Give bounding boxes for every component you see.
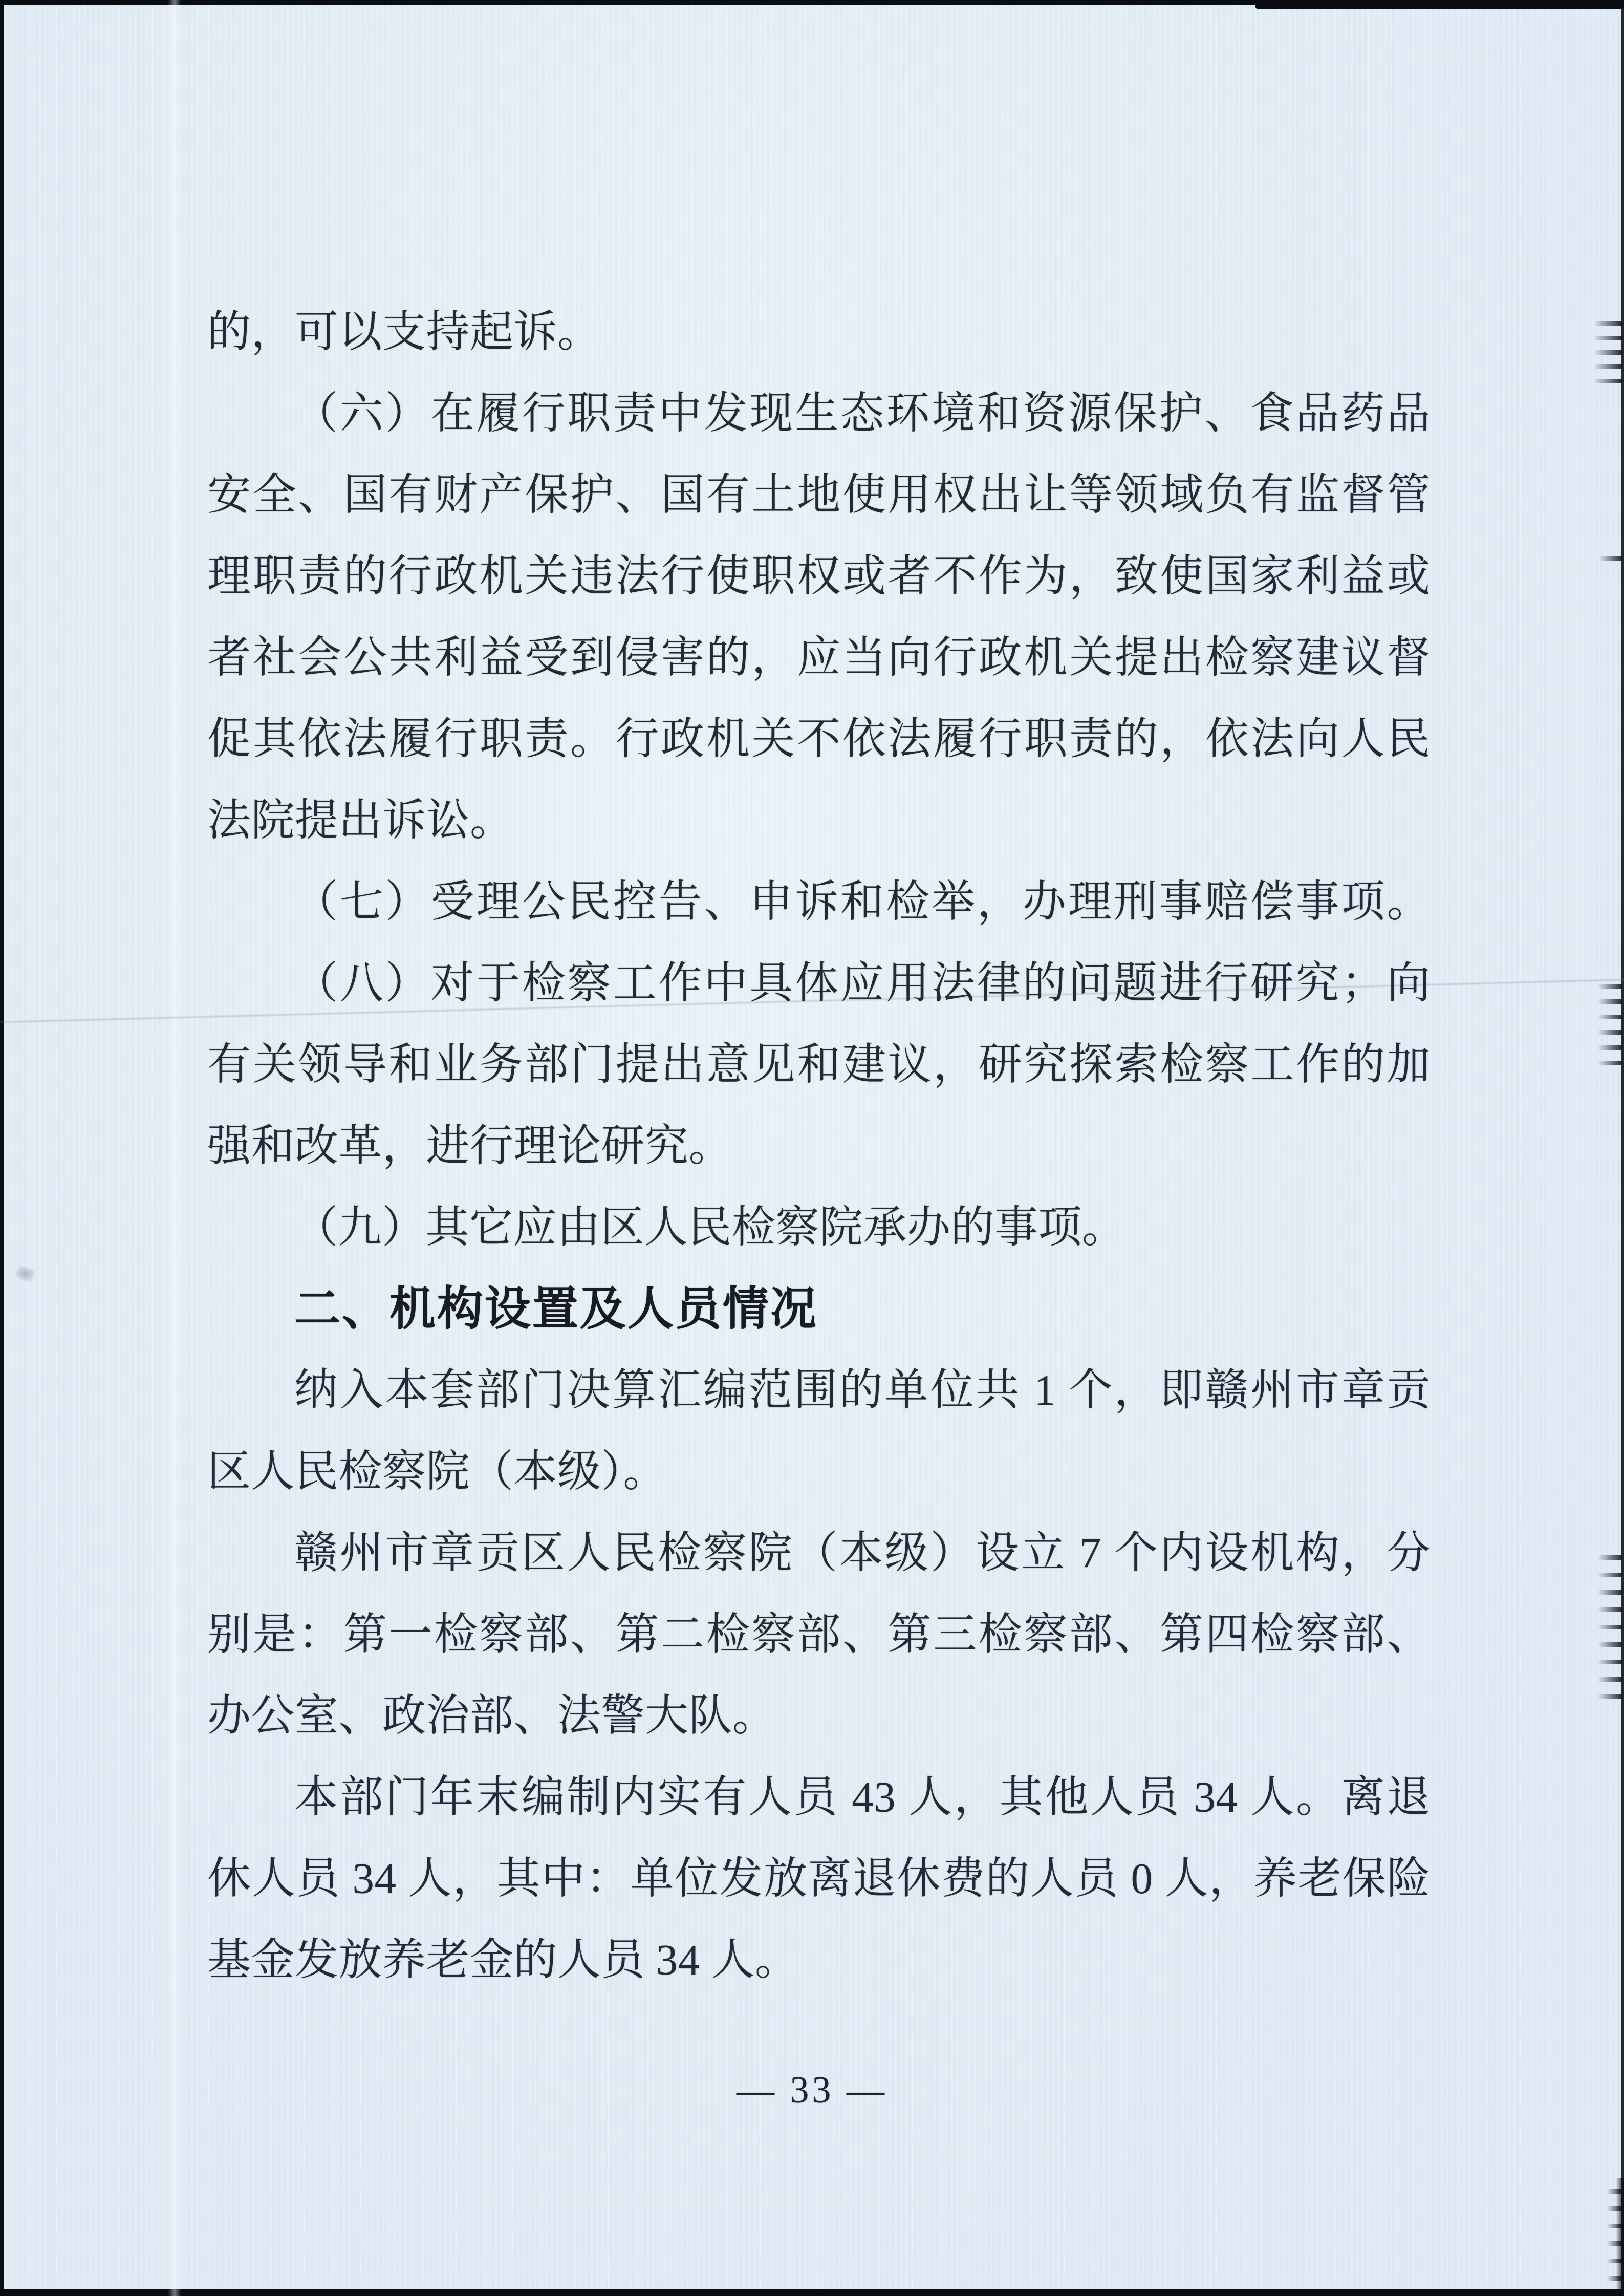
scan-light-band <box>168 0 181 2296</box>
binding-mark <box>1598 1642 1622 1647</box>
text-line: （八）对于检察工作中具体应用法律的问题进行研究；向 <box>207 943 1431 1024</box>
binding-mark <box>1607 2189 1622 2194</box>
text-line: 别是：第一检察部、第二检察部、第三检察部、第四检察部、 <box>207 1594 1431 1676</box>
text-line: 的，可以支持起诉。 <box>207 292 1431 373</box>
text-line: 区人民检察院（本级）。 <box>207 1431 1431 1513</box>
text-line: 有关领导和业务部门提出意见和建议，研究探索检察工作的加 <box>207 1024 1431 1106</box>
binding-mark <box>1607 2206 1622 2211</box>
binding-mark <box>1598 1625 1622 1629</box>
binding-mark <box>1598 1573 1622 1577</box>
binding-mark <box>1594 350 1622 355</box>
pencil-smudge <box>15 1264 36 1283</box>
binding-mark <box>1594 321 1622 326</box>
binding-mark <box>1598 984 1622 989</box>
binding-mark <box>1594 379 1622 383</box>
text-line: （七）受理公民控告、申诉和检举，办理刑事赔偿事项。 <box>207 862 1431 943</box>
document-body-text: 的，可以支持起诉。 （六）在履行职责中发现生态环境和资源保护、食品药品 安全、国… <box>207 292 1431 2001</box>
binding-mark <box>1598 1061 1622 1065</box>
binding-mark <box>1598 1590 1622 1595</box>
text-line: 者社会公共利益受到侵害的，应当向行政机关提出检察建议督 <box>207 617 1431 699</box>
scan-edge-right <box>1621 0 1624 2296</box>
binding-mark <box>1607 2276 1622 2281</box>
binding-mark <box>1599 556 1622 561</box>
binding-mark <box>1594 364 1622 369</box>
binding-mark <box>1594 336 1622 340</box>
text-line: 办公室、政治部、法警大队。 <box>207 1676 1431 1757</box>
text-line: 强和改革，进行理论研究。 <box>207 1106 1431 1187</box>
scan-edge-left <box>0 0 4 2296</box>
scanned-document-page: 的，可以支持起诉。 （六）在履行职责中发现生态环境和资源保护、食品药品 安全、国… <box>0 0 1624 2296</box>
text-line: 纳入本套部门决算汇编范围的单位共 1 个，即赣州市章贡 <box>207 1350 1431 1431</box>
binding-mark <box>1598 1030 1622 1035</box>
binding-mark <box>1598 1660 1622 1664</box>
binding-mark <box>1607 2224 1622 2228</box>
page-number: — 33 — <box>0 2062 1624 2118</box>
text-line: 基金发放养老金的人员 34 人。 <box>207 1920 1431 2001</box>
text-line: 法院提出诉讼。 <box>207 780 1431 862</box>
binding-mark <box>1598 1015 1622 1019</box>
binding-mark <box>1598 1607 1622 1612</box>
binding-mark <box>1607 2241 1622 2246</box>
text-line: 安全、国有财产保护、国有土地使用权出让等领域负有监督管 <box>207 455 1431 536</box>
binding-mark <box>1598 1677 1622 1682</box>
section-heading: 二、机构设置及人员情况 <box>207 1269 1431 1350</box>
binding-mark <box>1607 2259 1622 2263</box>
binding-mark <box>1598 999 1622 1004</box>
text-line: （六）在履行职责中发现生态环境和资源保护、食品药品 <box>207 373 1431 455</box>
text-line: 促其依法履行职责。行政机关不依法履行职责的，依法向人民 <box>207 699 1431 780</box>
binding-mark <box>1598 1555 1622 1560</box>
text-line: 本部门年末编制内实有人员 43 人，其他人员 34 人。离退 <box>207 1757 1431 1838</box>
text-line: 理职责的行政机关违法行使职权或者不作为，致使国家利益或 <box>207 536 1431 617</box>
scan-edge-bottom <box>0 2289 1624 2296</box>
binding-mark <box>1598 1045 1622 1050</box>
text-line: （九）其它应由区人民检察院承办的事项。 <box>207 1187 1431 1269</box>
scan-edge-top-right <box>1255 0 1624 9</box>
binding-mark <box>1598 1694 1622 1699</box>
text-line: 赣州市章贡区人民检察院（本级）设立 7 个内设机构，分 <box>207 1513 1431 1594</box>
text-line: 休人员 34 人，其中：单位发放离退休费的人员 0 人，养老保险 <box>207 1838 1431 1920</box>
